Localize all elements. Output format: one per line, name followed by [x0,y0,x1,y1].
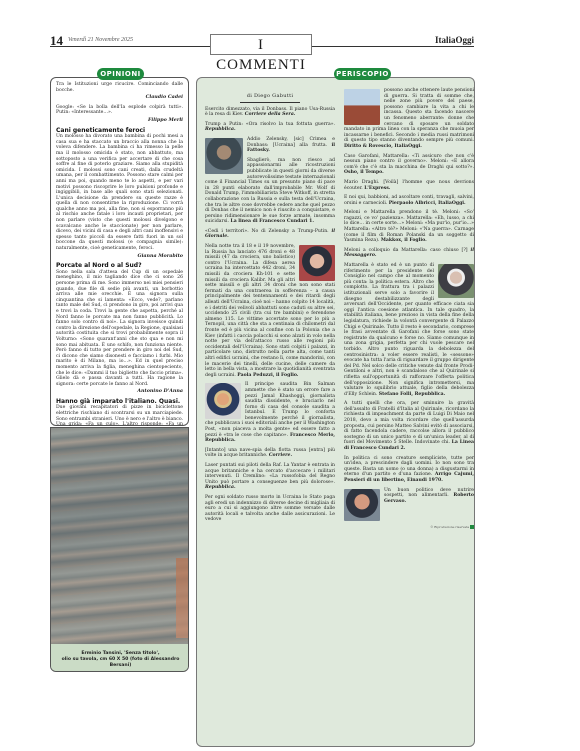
opinion-item: Porcate al Nord o al Sud? Sono nella sal… [56,263,183,395]
periscopio-subcolumn-1: di Diego Gabutti Esercito dimezzato, via… [205,88,335,527]
opinion-item: Google: «Se la bolla dell'Ia esplode col… [56,105,183,124]
periscope-item: A tutti quelli che ora, per sminuire la … [344,401,474,451]
item-text: Laser puntati sui piloti della Raf. La Y… [205,463,335,485]
periscopio-column: di Diego Gabutti Esercito dimezzato, via… [196,77,475,747]
opinioni-column: Tra le Istituzioni urge ricucire. Cominc… [50,77,189,426]
periscope-item: Trump a Putin: «Ora risolvo la tua fottu… [205,122,335,133]
item-source: Paola Peduzzi, il Foglio. [237,373,298,378]
item-source: L'Express. [364,186,390,191]
periscope-item: Esercito dimezzato, via il Donbass. Il p… [205,107,335,118]
periscopio-subcolumn-2: possono anche ottenere laute pensioni di… [344,88,474,529]
periscope-item: Caso Garofani, Mattarella: «Ti assicuro … [344,154,474,176]
opinion-heading: Porcate al Nord o al Sud? [56,263,183,269]
opinioni-badge: OPINIONI [97,68,144,80]
opinion-heading: Cani geneticamente feroci [56,128,183,134]
opinion-item: Tra le Istituzioni urge ricucire. Cominc… [56,82,183,101]
caption-line: olio su tavola, cm 60 X 50 (foto di Ales… [51,657,189,669]
periscope-item: Meloni e Mattarella prendono il tè. Melo… [344,210,474,244]
item-source: La linea di Francesco Cundari 1. [230,219,313,224]
opinion-text: Tra le Istituzioni urge ricucire. Cominc… [56,82,183,93]
item-text: Per ogni soldato russo morto in Ucraina … [205,495,335,522]
periscope-item: [Intanto] una nave-spia della flotta rus… [205,448,335,459]
item-text: A tutti quelli che ora, per sminuire la … [344,401,474,445]
mattarella-photo [438,264,474,298]
periscope-item: Meloni a colloquio da Mattarella: caso c… [344,248,474,259]
painting-figure: Erminio Tansini, 'Senza titolo', olio su… [50,427,189,672]
item-source: Repubblica. [205,127,236,132]
item-source: Diritto & Rovescio, ItaliaOggi. [344,144,422,149]
item-text: Addio Zelensky, [sic] Crimea e Donbass: … [247,137,335,148]
item-text: Caso Garofani, Mattarella: «Ti assicuro … [344,154,474,170]
church-photo [344,89,380,125]
opinion-text: Un molosso ha divorato una bambina di po… [56,134,183,251]
opinion-author: Filippo Merli [56,118,183,124]
item-source: Stefano Folli, Repubblica. [379,392,445,397]
opinion-text: Google: «Se la bolla dell'Ia esplode col… [56,105,183,116]
painting-image [51,428,189,644]
item-source: Corriere della Sera. [245,112,296,117]
periscope-item: In politica ci sono creature semplicistе… [344,456,474,484]
painting-caption: Erminio Tansini, 'Senza titolo', olio su… [51,644,189,672]
page-header: 14 Venerdì 21 Novembre 2025 I COMMENTI I… [50,34,474,56]
gervaso-photo [344,489,380,521]
opinion-author: Claudio Cadei [56,95,183,101]
opinion-author: Antonino D'Anna [56,389,183,395]
opinion-heading: Hanno già imparato l'italiano. Quasi. [56,399,183,405]
brand-logo: ItaliaOggi [435,35,474,45]
periscope-item: E noi qui, babbioni, ad ascoltare conti,… [344,195,474,206]
trump-photo [205,383,241,419]
zelensky-photo [205,138,243,174]
section-title: I COMMENTI [210,34,312,55]
opinion-author: Gianna Morabito [56,254,183,260]
periscope-item: Per ogni soldato russo morto in Ucraina … [205,495,335,523]
periscopio-badge: PERISCOPIO [334,68,391,80]
page-date: Venerdì 21 Novembre 2025 [68,37,133,43]
opinion-item: Cani geneticamente feroci Un molosso ha … [56,128,183,260]
page-number: 14 [50,34,63,47]
item-source: Corriere. [269,453,292,458]
byline: di Diego Gabutti [240,94,300,103]
periscope-item: Laser puntati sui piloti della Raf. La Y… [205,463,335,491]
periscope-item: «Cedi i territori». No di Zelensky a Tru… [205,229,335,240]
copyright-text: © Riproduzione riservata [430,525,469,529]
end-square-icon [470,525,474,529]
putin-photo [299,245,335,281]
item-source: Osho, il Tempo. [344,170,384,175]
item-source: Pierpaolo Albricci, ItaliaOggi. [389,201,466,206]
periscope-item: Mario Draghi. [Voilà] l'homme que nous d… [344,180,474,191]
opinion-text: Sono nella sala d'attesa del Cup di un o… [56,270,183,387]
item-source: Repubblica. [205,485,236,490]
copyright-mark: © Riproduzione riservata [344,525,474,529]
item-source: Makkox, il Foglio. [381,238,427,243]
